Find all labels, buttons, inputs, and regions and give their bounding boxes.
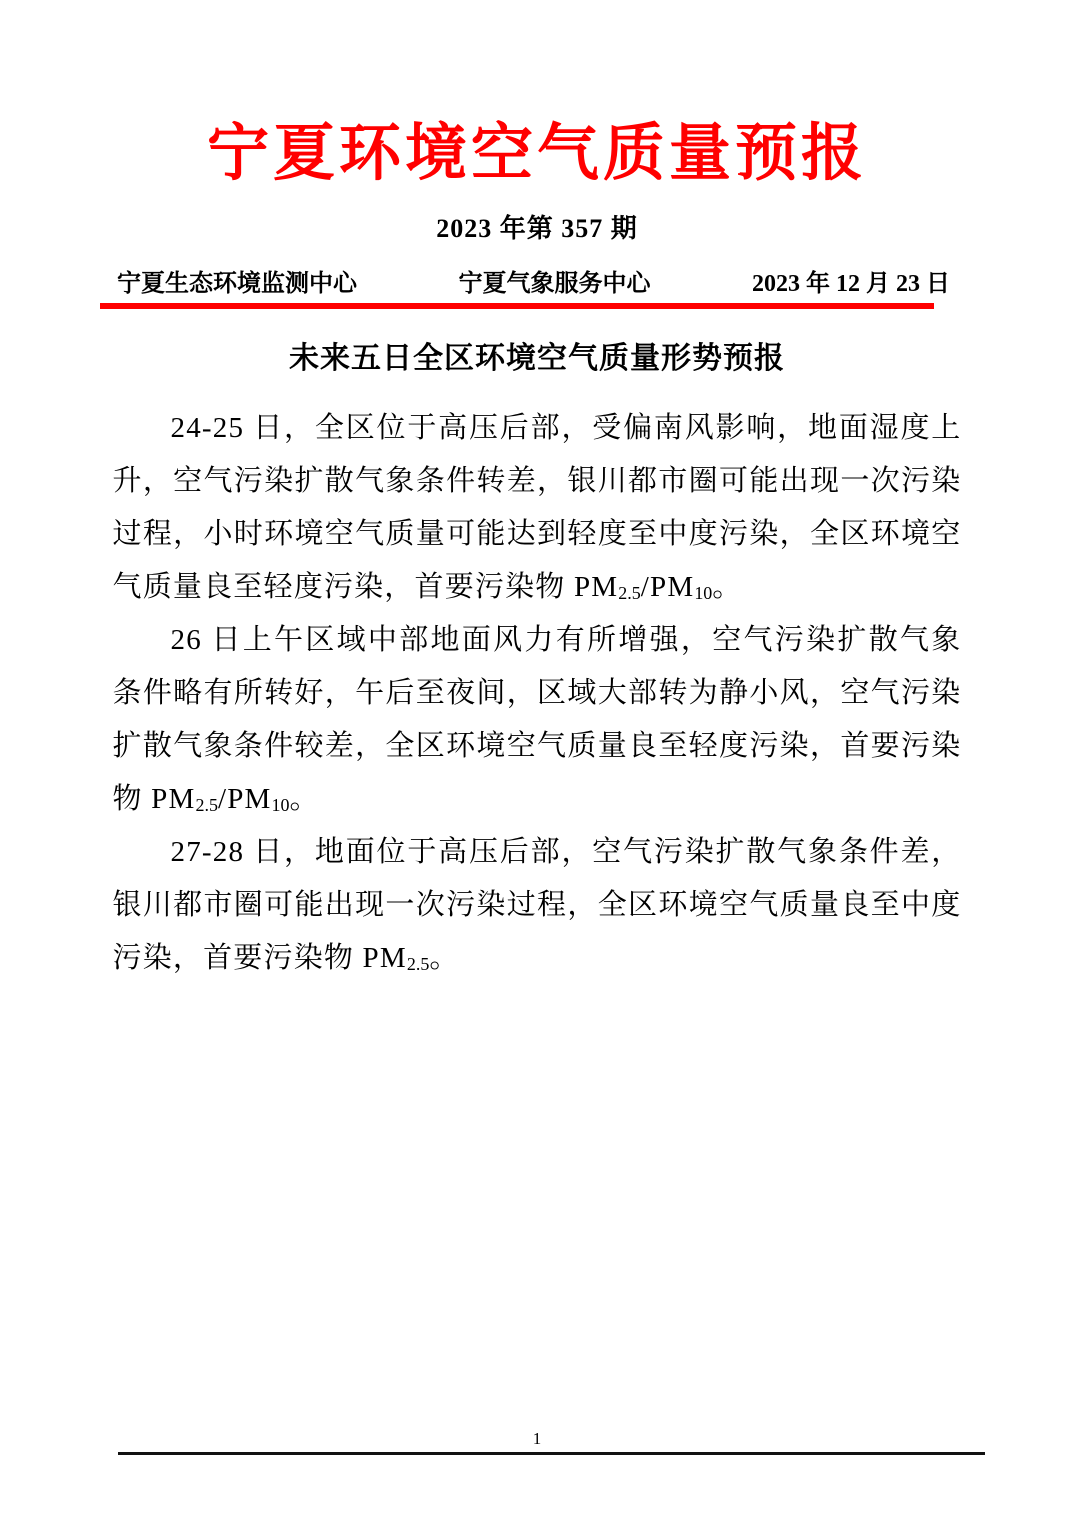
page-number: 1 xyxy=(0,1428,1074,1450)
red-divider-rule xyxy=(100,303,934,309)
section-heading: 未来五日全区环境空气质量形势预报 xyxy=(0,339,1074,379)
paragraph-1-pm-separator: /PM xyxy=(641,571,695,603)
forecast-paragraph-1: 24-25 日，全区位于高压后部，受偏南风影响，地面湿度上升，空气污染扩散气象条… xyxy=(113,402,962,614)
paragraph-1-text: 24-25 日，全区位于高压后部，受偏南风影响，地面湿度上升，空气污染扩散气象条… xyxy=(113,412,962,603)
document-page: 宁夏环境空气质量预报 2023 年第 357 期 宁夏生态环境监测中心 宁夏气象… xyxy=(0,0,1074,1520)
issue-date: 2023 年 12 月 23 日 xyxy=(752,268,950,300)
pm25-subscript: 2.5 xyxy=(195,795,217,815)
paragraph-3-period: 。 xyxy=(429,942,459,974)
pm25-subscript: 2.5 xyxy=(407,954,429,974)
org-weather-center: 宁夏气象服务中心 xyxy=(459,268,651,300)
pm25-subscript: 2.5 xyxy=(618,583,640,603)
paragraph-3-text: 27-28 日，地面位于高压后部，空气污染扩散气象条件差，银川都市圈可能出现一次… xyxy=(113,836,962,974)
org-monitoring-center: 宁夏生态环境监测中心 xyxy=(117,268,357,300)
pm10-subscript: 10 xyxy=(272,795,290,815)
forecast-body: 24-25 日，全区位于高压后部，受偏南风影响，地面湿度上升，空气污染扩散气象条… xyxy=(113,402,962,985)
paragraph-2-period: 。 xyxy=(289,783,319,815)
issuing-orgs-row: 宁夏生态环境监测中心 宁夏气象服务中心 2023 年 12 月 23 日 xyxy=(117,268,950,300)
paragraph-2-pm-separator: /PM xyxy=(218,783,272,815)
footer-rule xyxy=(118,1452,985,1455)
pm10-subscript: 10 xyxy=(694,583,712,603)
doc-title: 宁夏环境空气质量预报 xyxy=(0,116,1074,192)
forecast-paragraph-3: 27-28 日，地面位于高压后部，空气污染扩散气象条件差，银川都市圈可能出现一次… xyxy=(113,826,962,985)
paragraph-1-period: 。 xyxy=(712,571,742,603)
issue-number: 2023 年第 357 期 xyxy=(0,212,1074,246)
forecast-paragraph-2: 26 日上午区域中部地面风力有所增强，空气污染扩散气象条件略有所转好，午后至夜间… xyxy=(113,614,962,826)
